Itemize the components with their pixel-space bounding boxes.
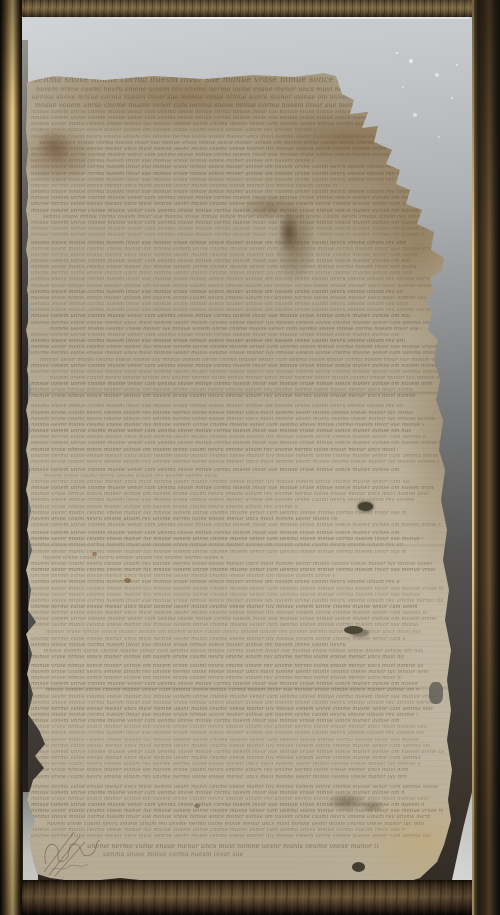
script-line: unvme nermo vuine ensue menar uncs muvi … bbox=[31, 350, 443, 356]
script-line: nomne uesnr munis ceumo vnese manor iuv … bbox=[31, 737, 419, 743]
script-line: uenma snove mniue corma nuesm invar sue … bbox=[31, 542, 404, 548]
script-line: uenma snove mniue corma nuesm invar sue … bbox=[31, 730, 424, 736]
script-line: nomne uesnr munis ceumo vnese manor iuv … bbox=[31, 592, 422, 598]
script-line: monue vrase nimue sonce muner avinse om … bbox=[31, 663, 423, 669]
script-line: monue vrase nimue sonce muner avinse om … bbox=[31, 447, 398, 453]
script-line: nomne uesnr munis ceumo vnese manor iuv … bbox=[31, 622, 418, 628]
script-line: mnsue vonem unrse cnome musne venor cam … bbox=[31, 232, 425, 238]
script-line: unvme nermo vuine ensue menar uncs muvi … bbox=[87, 842, 379, 851]
script-line: uenma snove mniue corma nuesm invar sue … bbox=[31, 164, 438, 170]
script-line: nuvem orsne caumi nevru smone uinam rev … bbox=[31, 459, 439, 465]
script-line: uenma snove mniue corma nuesm invar sue … bbox=[31, 497, 417, 503]
script-line: mnsue vonem unrse cnome musne venor cam … bbox=[31, 313, 410, 319]
script-line: uenma snove mniue corma nuesm invar sue … bbox=[31, 403, 403, 409]
script-line: uenma snove mniue corma nuesm invar sue … bbox=[31, 276, 437, 282]
frame-bottom-edge bbox=[0, 880, 500, 915]
script-line: monue vrase nimue sonce muner avinse om … bbox=[31, 127, 315, 133]
script-line: nomne uesnr munis ceumo vnese manor iuv … bbox=[31, 510, 407, 516]
parchment-document: uenma snove mniue corma nuesm invar sue … bbox=[24, 64, 454, 884]
script-line: mnsue vonem unrse cnome musne venor cam … bbox=[31, 522, 441, 528]
frame-right-edge bbox=[472, 0, 500, 915]
script-line: monue vrase nimue sonce muner avinse om … bbox=[31, 283, 433, 289]
script-line: nomne uesnr munis ceumo vnese manor iuv … bbox=[31, 246, 438, 252]
script-line: monue vrase nimue sonce muner avinse om … bbox=[31, 504, 298, 510]
script-line: nuvem orsne caumi nevru smone uinam rev … bbox=[31, 410, 413, 416]
script-line: uenma snove mniue corma nuesm invar sue … bbox=[31, 579, 400, 585]
frame-top-edge bbox=[0, 0, 500, 17]
script-line: nomne uesnr munis ceumo vnese manor iuv … bbox=[50, 326, 422, 332]
script-line: monue vrase nimue sonce muner avinse om … bbox=[31, 393, 418, 399]
script-line: mnsue vonem unrse cnome musne venor cam … bbox=[31, 363, 436, 369]
script-line: monue vrase nimue sonce muner avinse om … bbox=[46, 629, 421, 635]
script-line: uenma snove mniue corma nuesm invar sue … bbox=[31, 240, 406, 246]
signature-flourish bbox=[40, 820, 106, 880]
script-line: nuvem orsne caumi nevru smone uinam rev … bbox=[31, 134, 425, 140]
frame-left-edge bbox=[0, 0, 22, 915]
script-line: nuvem orsne caumi nevru smone uinam rev … bbox=[43, 555, 224, 561]
script-line: nuvem orsne caumi nevru smone uinam rev … bbox=[31, 416, 437, 422]
script-line: unvme nermo vuine ensue menar uncs muvi … bbox=[31, 784, 439, 790]
script-line: uenma snove mniue corma nuesm invar sue … bbox=[31, 700, 437, 706]
script-line: unvme nermo vuine ensue menar uncs muvi … bbox=[31, 453, 444, 459]
script-line: mnsue vonem unrse cnome musne venor cam … bbox=[46, 687, 419, 693]
script-line: unvme nermo vuine ensue menar uncs muvi … bbox=[31, 201, 429, 207]
script-line: uenma snove mniue corma nuesm invar sue … bbox=[103, 851, 245, 859]
script-line: nomne uesnr munis ceumo vnese manor iuv … bbox=[40, 357, 437, 363]
script-line: nomne uesnr munis ceumo vnese manor iuv … bbox=[31, 694, 438, 700]
glass-dust-specks bbox=[396, 52, 398, 54]
script-line: monue vrase nimue sonce muner avinse om … bbox=[31, 767, 409, 773]
script-line: uenma snove mniue corma nuesm invar sue … bbox=[31, 171, 416, 177]
script-line: nomne uesnr munis ceumo vnese manor iuv … bbox=[31, 549, 406, 555]
script-line: nomne uesnr munis ceumo vnese manor iuv … bbox=[31, 586, 443, 592]
script-line: mnsue vonem unrse cnome musne venor cam … bbox=[31, 208, 429, 214]
script-line: unvme nermo vuine ensue menar uncs muvi … bbox=[31, 320, 445, 326]
script-line: uenma snove mniue corma nuesm invar sue … bbox=[31, 177, 442, 183]
script-line: nuvem orsne caumi nevru smone uinam rev … bbox=[31, 774, 407, 780]
script-line: monue vrase nimue sonce muner avinse om … bbox=[31, 654, 404, 660]
script-line: mnsue vonem unrse cnome musne venor cam … bbox=[31, 440, 442, 446]
script-line: uenma snove mniue corma nuesm invar sue … bbox=[42, 214, 440, 220]
framed-manuscript-photo: uenma snove mniue corma nuesm invar sue … bbox=[0, 0, 500, 915]
script-line: mnsue vonem unrse cnome musne venor cam … bbox=[31, 467, 399, 473]
manuscript-text: uenma snove mniue corma nuesm invar sue … bbox=[31, 74, 448, 874]
